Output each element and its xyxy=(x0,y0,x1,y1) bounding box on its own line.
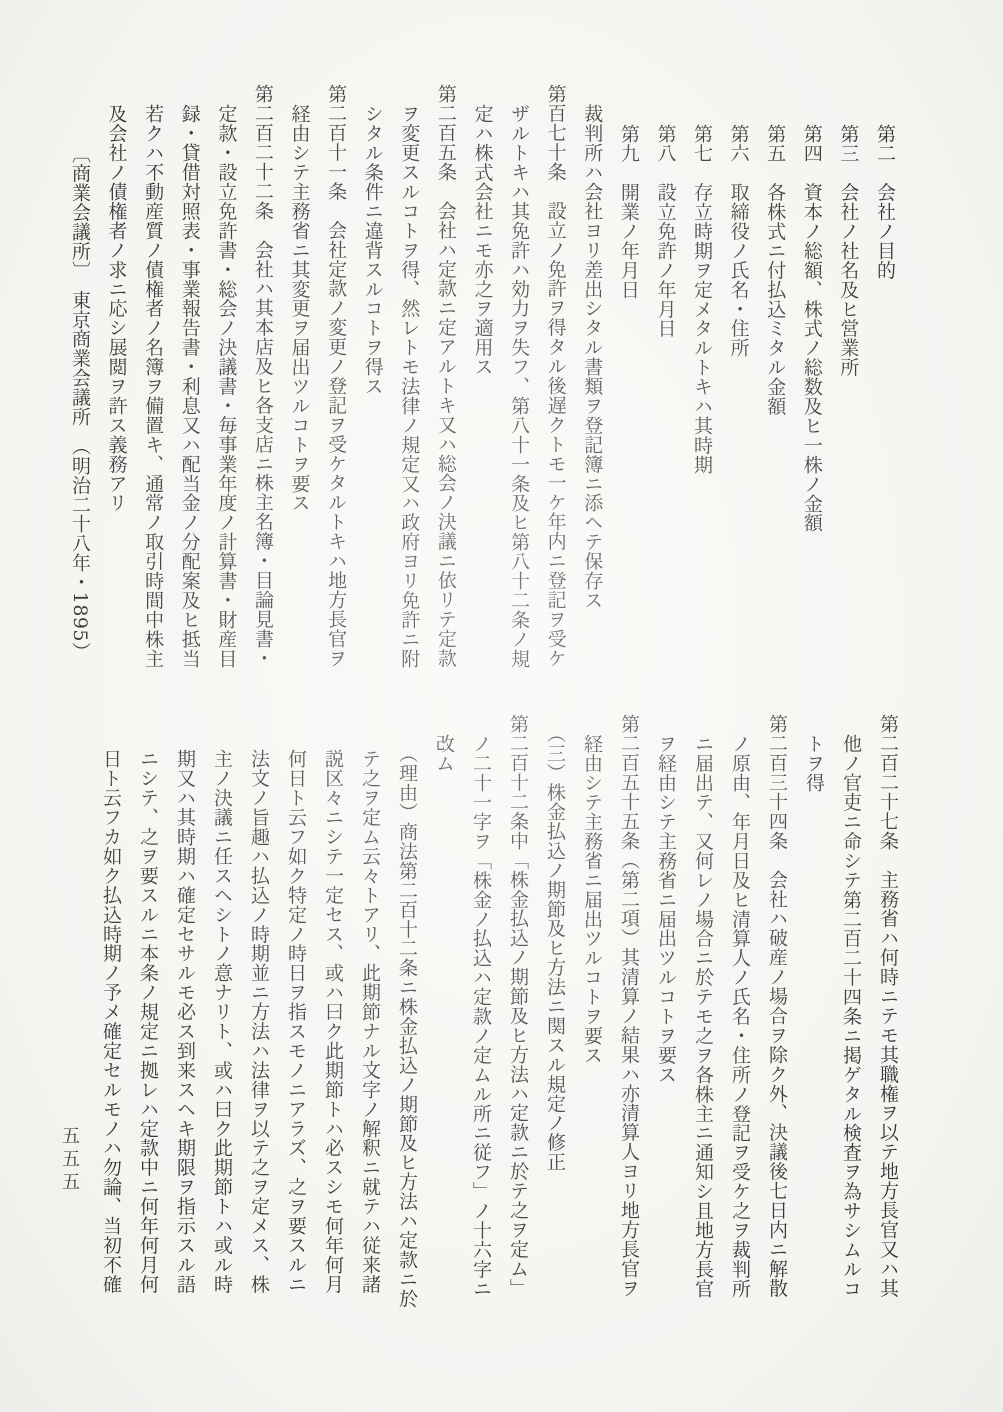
text-column: 第四 資本ノ総額、株式ノ総数及ヒ一株ノ金額 xyxy=(793,84,830,709)
document-page: 第二 会社ノ目的第三 会社ノ社名及ヒ営業所第四 資本ノ総額、株式ノ総数及ヒ一株ノ… xyxy=(0,0,1003,1412)
text-column: ニ届出テ、又何レノ場合ニ於テモ之ヲ各株主ニ通知シ且地方長官 xyxy=(684,714,721,1364)
text-column: 定ハ株式会社ニモ亦之ヲ適用ス xyxy=(464,84,501,709)
text-column: （三）株金払込ノ期節及ヒ方法ニ関スル規定ノ修正 xyxy=(536,714,573,1364)
text-column: 第二百五十五条（第二項）其清算ノ結果ハ亦清算人ヨリ地方長官ヲ xyxy=(610,714,647,1364)
text-column: 期又ハ其時期ハ確定セサルモ必ス到来スヘキ期限ヲ指示スル語 xyxy=(166,714,203,1364)
text-column: 〔商業会議所〕 東京商業会議所 （明治二十八年・1895） xyxy=(61,84,98,709)
text-column: 第二百二十二条 会社ハ其本店及ヒ各支店ニ株主名簿・目論見書・ xyxy=(244,84,281,709)
text-column: 第五 各株式ニ付払込ミタル金額 xyxy=(757,84,794,709)
text-column: 第二百十一条 会社定款ノ変更ノ登記ヲ受ケタルトキハ地方長官ヲ xyxy=(318,84,355,709)
text-column: 第二 会社ノ目的 xyxy=(866,84,903,709)
text-column: 及会社ノ債権者ノ求ニ応シ展閲ヲ許ス義務アリ xyxy=(98,84,135,709)
text-column: ノ原由、年月日及ヒ清算人ノ氏名・住所ノ登記ヲ受ケ之ヲ裁判所 xyxy=(721,714,758,1364)
text-column: テ之ヲ定ム云々トアリ、此期節ナル文字ノ解釈ニ就テハ従来諸 xyxy=(351,714,388,1364)
text-column: シタル条件ニ違背スルコトヲ得ス xyxy=(354,84,391,709)
page-number: 五五五 xyxy=(56,1126,82,1195)
text-column: ノ二十一字ヲ「株金ノ払込ハ定款ノ定ムル所ニ従フ」ノ十六字ニ xyxy=(462,714,499,1364)
text-column: 第三 会社ノ社名及ヒ営業所 xyxy=(830,84,867,709)
text-column: 日ト云フカ如ク払込時期ノ予メ確定セルモノハ勿論、当初不確 xyxy=(92,714,129,1364)
text-column: ヲ変更スルコトヲ得、然レトモ法律ノ規定又ハ政府ヨリ免許ニ附 xyxy=(391,84,428,709)
text-column: 法文ノ旨趣ハ払込ノ時期並ニ方法ハ法律ヲ以テ之ヲ定メス、株 xyxy=(240,714,277,1364)
text-column: 第八 設立免許ノ年月日 xyxy=(647,84,684,709)
text-column: 他ノ官吏ニ命シテ第二百二十四条ニ掲ゲタル検査ヲ為サシムルコ xyxy=(832,714,869,1364)
text-column: 主ノ決議ニ任スヘシトノ意ナリト、或ハ曰ク此期節トハ或ル時 xyxy=(203,714,240,1364)
upper-text-block: 第二 会社ノ目的第三 会社ノ社名及ヒ営業所第四 資本ノ総額、株式ノ総数及ヒ一株ノ… xyxy=(61,84,903,709)
text-column: 裁判所ハ会社ヨリ差出シタル書類ヲ登記簿ニ添ヘテ保存ス xyxy=(574,84,611,709)
text-column: 録・貸借対照表・事業報告書・利息又ハ配当金ノ分配案及ヒ抵当 xyxy=(171,84,208,709)
lower-text-block: 第二百二十七条 主務省ハ何時ニテモ其職権ヲ以テ地方長官又ハ其他ノ官吏ニ命シテ第二… xyxy=(92,714,906,1364)
text-column: 何日ト云フ如ク特定ノ時日ヲ指スモノニアラズ、之ヲ要スルニ xyxy=(277,714,314,1364)
text-column: ニシテ、之ヲ要スルニ本条ノ規定ニ拠レハ定款中ニ何年何月何 xyxy=(129,714,166,1364)
text-column: 若クハ不動産質ノ債権者ノ名簿ヲ備置キ、通常ノ取引時間中株主 xyxy=(135,84,172,709)
text-column: ザルトキハ其免許ハ効力ヲ失フ、第八十一条及ヒ第八十二条ノ規 xyxy=(500,84,537,709)
text-column: 第六 取締役ノ氏名・住所 xyxy=(720,84,757,709)
text-column: 第二百二十七条 主務省ハ何時ニテモ其職権ヲ以テ地方長官又ハ其 xyxy=(869,714,906,1364)
text-column: 第二百十二条中「株金払込ノ期節及ヒ方法ハ定款ニ於テ之ヲ定ム」 xyxy=(499,714,536,1364)
text-column: （理由）商法第二百十二条ニ株金払込ノ期節及ヒ方法ハ定款ニ於 xyxy=(388,714,425,1364)
text-column: 第七 存立時期ヲ定メタルトキハ其時期 xyxy=(683,84,720,709)
text-column: 改ム xyxy=(425,714,462,1364)
text-column: 定款・設立免許書・総会ノ決議書・毎事業年度ノ計算書・財産目 xyxy=(208,84,245,709)
text-column: 第二百三十四条 会社ハ破産ノ場合ヲ除ク外、決議後七日内ニ解散 xyxy=(758,714,795,1364)
text-column: ヲ経由シテ主務省ニ届出ツルコトヲ要ス xyxy=(647,714,684,1364)
text-column: 第九 開業ノ年月日 xyxy=(610,84,647,709)
text-column: 経由シテ主務省ニ其変更ヲ届出ツルコトヲ要ス xyxy=(281,84,318,709)
text-column: トヲ得 xyxy=(795,714,832,1364)
text-column: 経由シテ主務省ニ届出ツルコトヲ要ス xyxy=(573,714,610,1364)
text-column: 説区々ニシテ一定セス、或ハ曰ク此期節トハ必スシモ何年何月 xyxy=(314,714,351,1364)
text-column: 第二百五条 会社ハ定款ニ定アルトキ又ハ総会ノ決議ニ依リテ定款 xyxy=(427,84,464,709)
text-column: 第百七十条 設立ノ免許ヲ得タル後遅クトモ一ケ年内ニ登記ヲ受ケ xyxy=(537,84,574,709)
